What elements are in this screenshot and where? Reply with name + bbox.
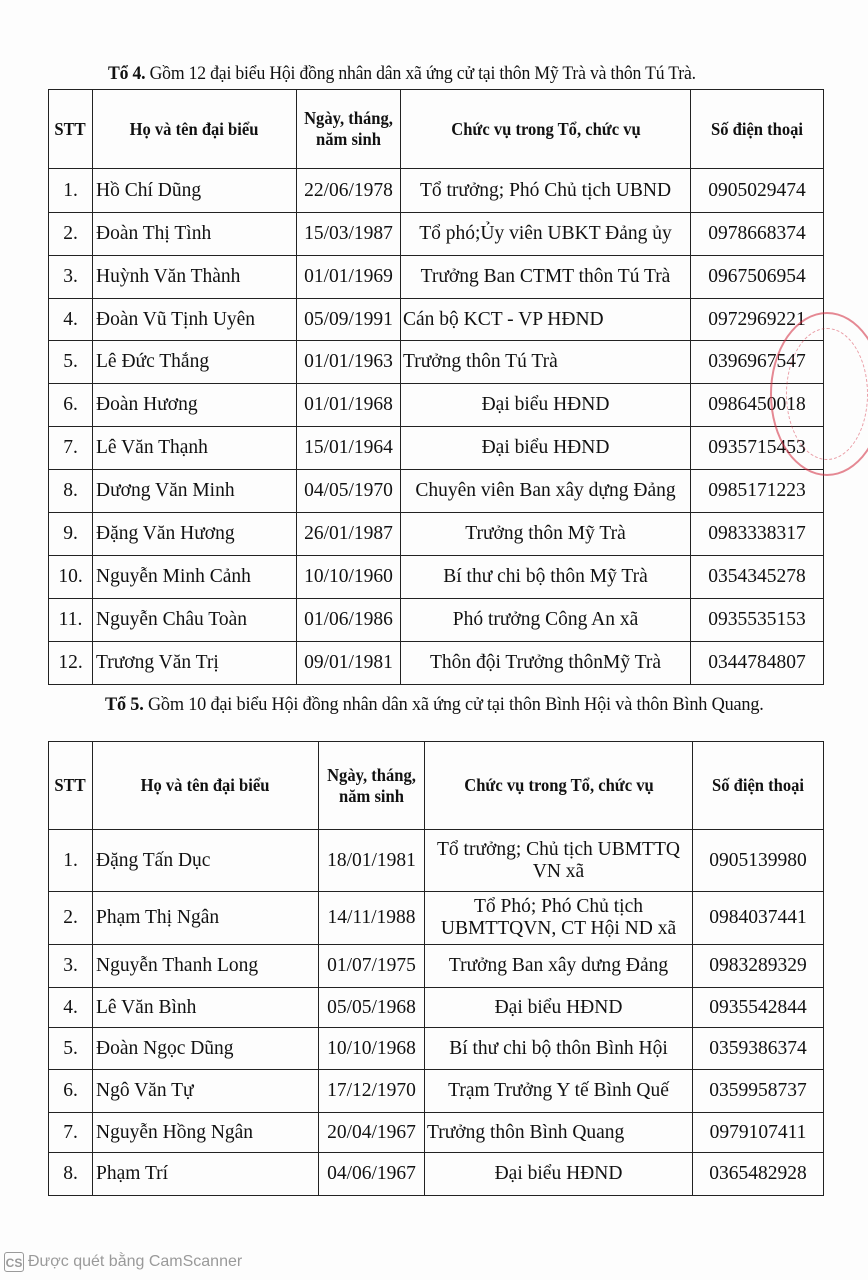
- cell-dob: 20/04/1967: [319, 1113, 425, 1153]
- cell-dob: 01/01/1963: [297, 341, 401, 384]
- cell-stt: 3.: [49, 945, 93, 988]
- cell-dob: 26/01/1987: [297, 513, 401, 556]
- cell-phone: 0359958737: [693, 1070, 824, 1113]
- table-row: 5.Đoàn Ngọc Dũng10/10/1968Bí thư chi bộ …: [49, 1028, 824, 1070]
- cell-dob: 01/01/1968: [297, 384, 401, 427]
- cell-role: Trưởng Ban xây dưng Đảng: [425, 945, 693, 988]
- cell-stt: 11.: [49, 599, 93, 642]
- col-header-name: Họ và tên đại biểu: [93, 742, 319, 830]
- cell-name: Đoàn Ngọc Dũng: [93, 1028, 319, 1070]
- table-row: 12.Trương Văn Trị09/01/1981Thôn đội Trưở…: [49, 642, 824, 685]
- cell-role: Đại biểu HĐND: [425, 1153, 693, 1196]
- cell-stt: 2.: [49, 213, 93, 256]
- cell-dob: 04/05/1970: [297, 470, 401, 513]
- cell-role: Phó trưởng Công An xã: [401, 599, 691, 642]
- cell-stt: 1.: [49, 830, 93, 892]
- col-header-stt: STT: [49, 742, 93, 830]
- table-row: 2.Đoàn Thị Tình15/03/1987Tổ phó;Ủy viên …: [49, 213, 824, 256]
- cell-dob: 10/10/1968: [319, 1028, 425, 1070]
- cell-name: Trương Văn Trị: [93, 642, 297, 685]
- cell-dob: 22/06/1978: [297, 169, 401, 213]
- cell-stt: 5.: [49, 341, 93, 384]
- cell-dob: 01/01/1969: [297, 256, 401, 299]
- cell-stt: 5.: [49, 1028, 93, 1070]
- cell-phone: 0978668374: [691, 213, 824, 256]
- cell-dob: 05/09/1991: [297, 299, 401, 341]
- cell-name: Đặng Văn Hương: [93, 513, 297, 556]
- table-row: 9.Đặng Văn Hương26/01/1987Trưởng thôn Mỹ…: [49, 513, 824, 556]
- cell-name: Đoàn Hương: [93, 384, 297, 427]
- cell-name: Lê Đức Thắng: [93, 341, 297, 384]
- cell-phone: 0983289329: [693, 945, 824, 988]
- table-row: 3.Huỳnh Văn Thành01/01/1969Trưởng Ban CT…: [49, 256, 824, 299]
- cell-dob: 17/12/1970: [319, 1070, 425, 1113]
- cell-phone: 0935542844: [693, 988, 824, 1028]
- cell-role: Tổ trưởng; Phó Chủ tịch UBND: [401, 169, 691, 213]
- cell-role: Thôn đội Trưởng thônMỹ Trà: [401, 642, 691, 685]
- table-row: 10.Nguyễn Minh Cảnh10/10/1960Bí thư chi …: [49, 556, 824, 599]
- group-4-rows: 1.Hồ Chí Dũng22/06/1978Tổ trưởng; Phó Ch…: [49, 169, 824, 685]
- cell-stt: 12.: [49, 642, 93, 685]
- table-row: 4.Đoàn Vũ Tịnh Uyên05/09/1991Cán bộ KCT …: [49, 299, 824, 341]
- cell-stt: 6.: [49, 384, 93, 427]
- cell-role: Chuyên viên Ban xây dựng Đảng: [401, 470, 691, 513]
- cell-phone: 0979107411: [693, 1113, 824, 1153]
- cell-phone: 0359386374: [693, 1028, 824, 1070]
- group-5-heading: Tổ 5. Gồm 10 đại biểu Hội đồng nhân dân …: [105, 694, 796, 716]
- col-header-dob: Ngày, tháng, năm sinh: [297, 90, 401, 169]
- cell-phone: 0935535153: [691, 599, 824, 642]
- cell-stt: 10.: [49, 556, 93, 599]
- cell-dob: 15/03/1987: [297, 213, 401, 256]
- cell-stt: 4.: [49, 988, 93, 1028]
- table-row: 6.Ngô Văn Tự17/12/1970Trạm Trưởng Y tế B…: [49, 1070, 824, 1113]
- cell-role: Đại biểu HĐND: [401, 384, 691, 427]
- cell-stt: 7.: [49, 427, 93, 470]
- cell-role: Cán bộ KCT - VP HĐND: [401, 299, 691, 341]
- table-row: 4.Lê Văn Bình05/05/1968Đại biểu HĐND0935…: [49, 988, 824, 1028]
- col-header-phone: Số điện thoại: [691, 90, 824, 169]
- group-4-label: Tổ 4.: [108, 63, 145, 84]
- cell-name: Dương Văn Minh: [93, 470, 297, 513]
- cell-name: Huỳnh Văn Thành: [93, 256, 297, 299]
- table-row: 11.Nguyễn Châu Toàn01/06/1986Phó trưởng …: [49, 599, 824, 642]
- cell-phone: 0365482928: [693, 1153, 824, 1196]
- cell-dob: 18/01/1981: [319, 830, 425, 892]
- cell-stt: 9.: [49, 513, 93, 556]
- cell-phone: 0967506954: [691, 256, 824, 299]
- cell-dob: 09/01/1981: [297, 642, 401, 685]
- cell-phone: 0396967547: [691, 341, 824, 384]
- cell-stt: 4.: [49, 299, 93, 341]
- group-4-description: Gồm 12 đại biểu Hội đồng nhân dân xã ứng…: [145, 63, 695, 84]
- cell-dob: 14/11/1988: [319, 892, 425, 945]
- cell-dob: 05/05/1968: [319, 988, 425, 1028]
- cell-dob: 04/06/1967: [319, 1153, 425, 1196]
- group-4-heading: Tổ 4. Gồm 12 đại biểu Hội đồng nhân dân …: [108, 63, 696, 85]
- cell-stt: 8.: [49, 470, 93, 513]
- col-header-role: Chức vụ trong Tổ, chức vụ: [425, 742, 693, 830]
- cell-name: Nguyễn Châu Toàn: [93, 599, 297, 642]
- cell-role: Trưởng thôn Bình Quang: [425, 1113, 693, 1153]
- cell-stt: 6.: [49, 1070, 93, 1113]
- cell-name: Ngô Văn Tự: [93, 1070, 319, 1113]
- table-row: 5.Lê Đức Thắng01/01/1963Trưởng thôn Tú T…: [49, 341, 824, 384]
- cell-name: Nguyễn Minh Cảnh: [93, 556, 297, 599]
- cell-dob: 01/06/1986: [297, 599, 401, 642]
- cell-name: Đoàn Thị Tình: [93, 213, 297, 256]
- cell-role: Tổ trưởng; Chủ tịch UBMTTQ VN xã: [425, 830, 693, 892]
- group-5-table: STT Họ và tên đại biểu Ngày, tháng, năm …: [48, 741, 824, 1196]
- table-header-row: STT Họ và tên đại biểu Ngày, tháng, năm …: [49, 90, 824, 169]
- cell-dob: 10/10/1960: [297, 556, 401, 599]
- cell-stt: 3.: [49, 256, 93, 299]
- cell-phone: 0986450018: [691, 384, 824, 427]
- table-row: 1.Đặng Tấn Dục18/01/1981Tổ trưởng; Chủ t…: [49, 830, 824, 892]
- cell-dob: 01/07/1975: [319, 945, 425, 988]
- cell-name: Lê Văn Thạnh: [93, 427, 297, 470]
- cell-role: Trưởng thôn Mỹ Trà: [401, 513, 691, 556]
- cell-role: Bí thư chi bộ thôn Mỹ Trà: [401, 556, 691, 599]
- cell-phone: 0354345278: [691, 556, 824, 599]
- col-header-role: Chức vụ trong Tổ, chức vụ: [401, 90, 691, 169]
- cell-role: Đại biểu HĐND: [401, 427, 691, 470]
- group-5-label: Tổ 5.: [105, 694, 144, 715]
- cell-phone: 0344784807: [691, 642, 824, 685]
- table-row: 1.Hồ Chí Dũng22/06/1978Tổ trưởng; Phó Ch…: [49, 169, 824, 213]
- group-4-table: STT Họ và tên đại biểu Ngày, tháng, năm …: [48, 89, 824, 685]
- table-row: 8.Dương Văn Minh04/05/1970Chuyên viên Ba…: [49, 470, 824, 513]
- col-header-dob: Ngày, tháng, năm sinh: [319, 742, 425, 830]
- cell-role: Trưởng thôn Tú Trà: [401, 341, 691, 384]
- cell-name: Lê Văn Bình: [93, 988, 319, 1028]
- cell-phone: 0984037441: [693, 892, 824, 945]
- scanner-watermark: CS Được quét bằng CamScanner: [4, 1252, 242, 1272]
- cell-name: Phạm Thị Ngân: [93, 892, 319, 945]
- cell-name: Đoàn Vũ Tịnh Uyên: [93, 299, 297, 341]
- cell-role: Tổ phó;Ủy viên UBKT Đảng ủy: [401, 213, 691, 256]
- cell-name: Phạm Trí: [93, 1153, 319, 1196]
- cell-stt: 7.: [49, 1113, 93, 1153]
- col-header-stt: STT: [49, 90, 93, 169]
- cell-stt: 1.: [49, 169, 93, 213]
- cell-phone: 0985171223: [691, 470, 824, 513]
- cell-name: Đặng Tấn Dục: [93, 830, 319, 892]
- table-header-row: STT Họ và tên đại biểu Ngày, tháng, năm …: [49, 742, 824, 830]
- cell-stt: 8.: [49, 1153, 93, 1196]
- cell-name: Nguyễn Thanh Long: [93, 945, 319, 988]
- col-header-name: Họ và tên đại biểu: [93, 90, 297, 169]
- cell-phone: 0983338317: [691, 513, 824, 556]
- watermark-text: Được quét bằng CamScanner: [28, 1253, 242, 1271]
- table-row: 3.Nguyễn Thanh Long01/07/1975Trưởng Ban …: [49, 945, 824, 988]
- table-row: 2.Phạm Thị Ngân14/11/1988Tổ Phó; Phó Chủ…: [49, 892, 824, 945]
- group-5-description: Gồm 10 đại biểu Hội đồng nhân dân xã ứng…: [144, 694, 764, 715]
- camscanner-logo-icon: CS: [4, 1252, 24, 1272]
- group-5-rows: 1.Đặng Tấn Dục18/01/1981Tổ trưởng; Chủ t…: [49, 830, 824, 1196]
- cell-name: Nguyễn Hồng Ngân: [93, 1113, 319, 1153]
- cell-dob: 15/01/1964: [297, 427, 401, 470]
- cell-phone: 0972969221: [691, 299, 824, 341]
- cell-name: Hồ Chí Dũng: [93, 169, 297, 213]
- cell-role: Tổ Phó; Phó Chủ tịch UBMTTQVN, CT Hội ND…: [425, 892, 693, 945]
- cell-role: Bí thư chi bộ thôn Bình Hội: [425, 1028, 693, 1070]
- table-row: 8.Phạm Trí04/06/1967Đại biểu HĐND0365482…: [49, 1153, 824, 1196]
- cell-phone: 0935715453: [691, 427, 824, 470]
- cell-stt: 2.: [49, 892, 93, 945]
- cell-role: Đại biểu HĐND: [425, 988, 693, 1028]
- cell-phone: 0905029474: [691, 169, 824, 213]
- table-row: 7.Nguyễn Hồng Ngân20/04/1967Trưởng thôn …: [49, 1113, 824, 1153]
- cell-role: Trưởng Ban CTMT thôn Tú Trà: [401, 256, 691, 299]
- col-header-phone: Số điện thoại: [693, 742, 824, 830]
- cell-role: Trạm Trưởng Y tế Bình Quế: [425, 1070, 693, 1113]
- cell-phone: 0905139980: [693, 830, 824, 892]
- table-row: 7.Lê Văn Thạnh15/01/1964Đại biểu HĐND093…: [49, 427, 824, 470]
- table-row: 6.Đoàn Hương01/01/1968Đại biểu HĐND09864…: [49, 384, 824, 427]
